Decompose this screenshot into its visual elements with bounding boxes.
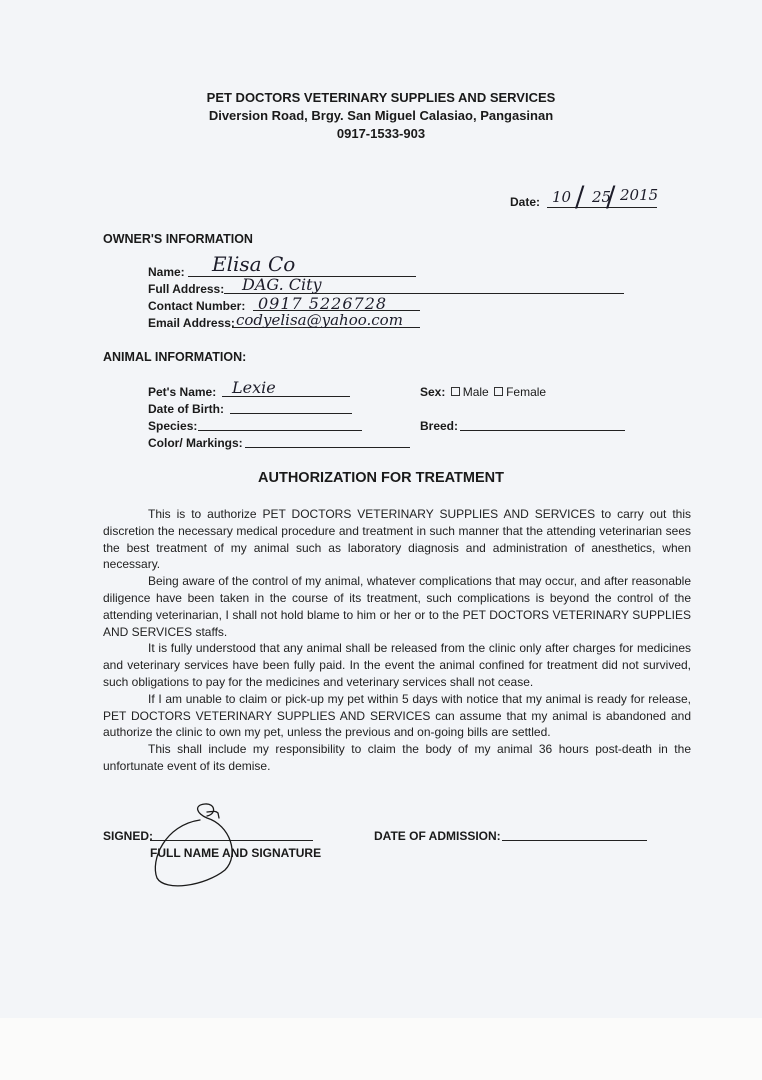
- sex-male-checkbox[interactable]: [451, 387, 460, 396]
- business-address: Diversion Road, Brgy. San Miguel Calasia…: [0, 108, 762, 123]
- business-phone: 0917-1533-903: [0, 126, 762, 141]
- date-year: 2015: [620, 186, 658, 204]
- owner-address-label: Full Address:: [148, 282, 224, 296]
- owner-name-value: Elisa Co: [212, 252, 295, 276]
- dob-field[interactable]: [230, 413, 352, 414]
- breed-field[interactable]: [460, 430, 625, 431]
- scan-margin: [0, 1018, 762, 1080]
- breed-label: Breed:: [420, 419, 458, 433]
- sex-male-label: Male: [463, 385, 489, 399]
- owner-name-label: Name:: [148, 265, 185, 279]
- color-field[interactable]: [245, 447, 410, 448]
- date-month: 10: [552, 188, 571, 206]
- authorization-paragraph: Being aware of the control of my animal,…: [103, 573, 691, 640]
- sex-label: Sex:: [420, 385, 445, 399]
- business-name: PET DOCTORS VETERINARY SUPPLIES AND SERV…: [0, 90, 762, 105]
- admission-label: DATE OF ADMISSION:: [374, 829, 501, 843]
- authorization-paragraph: It is fully understood that any animal s…: [103, 640, 691, 690]
- sex-selector: Sex: Male Female: [420, 385, 546, 399]
- color-label: Color/ Markings:: [148, 436, 243, 450]
- animal-section-title: ANIMAL INFORMATION:: [103, 350, 246, 364]
- pet-name-value: Lexie: [232, 378, 276, 397]
- sex-female-label: Female: [506, 385, 546, 399]
- authorization-title: AUTHORIZATION FOR TREATMENT: [0, 470, 762, 486]
- species-field[interactable]: [198, 430, 362, 431]
- authorization-text: This is to authorize PET DOCTORS VETERIN…: [103, 506, 691, 775]
- owner-address-value: DAG. City: [242, 275, 322, 294]
- owner-contact-label: Contact Number:: [148, 299, 245, 313]
- authorization-paragraph: If I am unable to claim or pick-up my pe…: [103, 691, 691, 741]
- date-slash-2: /: [606, 180, 615, 213]
- date-slash-1: /: [575, 180, 584, 213]
- authorization-paragraph: This is to authorize PET DOCTORS VETERIN…: [103, 506, 691, 573]
- sex-female-checkbox[interactable]: [494, 387, 503, 396]
- signature-scribble: [145, 800, 255, 890]
- owner-email-value: codyelisa@yahoo.com: [236, 311, 403, 329]
- pet-name-label: Pet's Name:: [148, 385, 216, 399]
- owner-email-label: Email Address:: [148, 316, 235, 330]
- date-field-line[interactable]: [547, 207, 657, 208]
- authorization-paragraph: This shall include my responsibility to …: [103, 741, 691, 775]
- admission-date-field[interactable]: [502, 840, 647, 841]
- dob-label: Date of Birth:: [148, 402, 224, 416]
- owner-section-title: OWNER'S INFORMATION: [103, 232, 253, 246]
- date-label: Date:: [510, 195, 540, 209]
- species-label: Species:: [148, 419, 197, 433]
